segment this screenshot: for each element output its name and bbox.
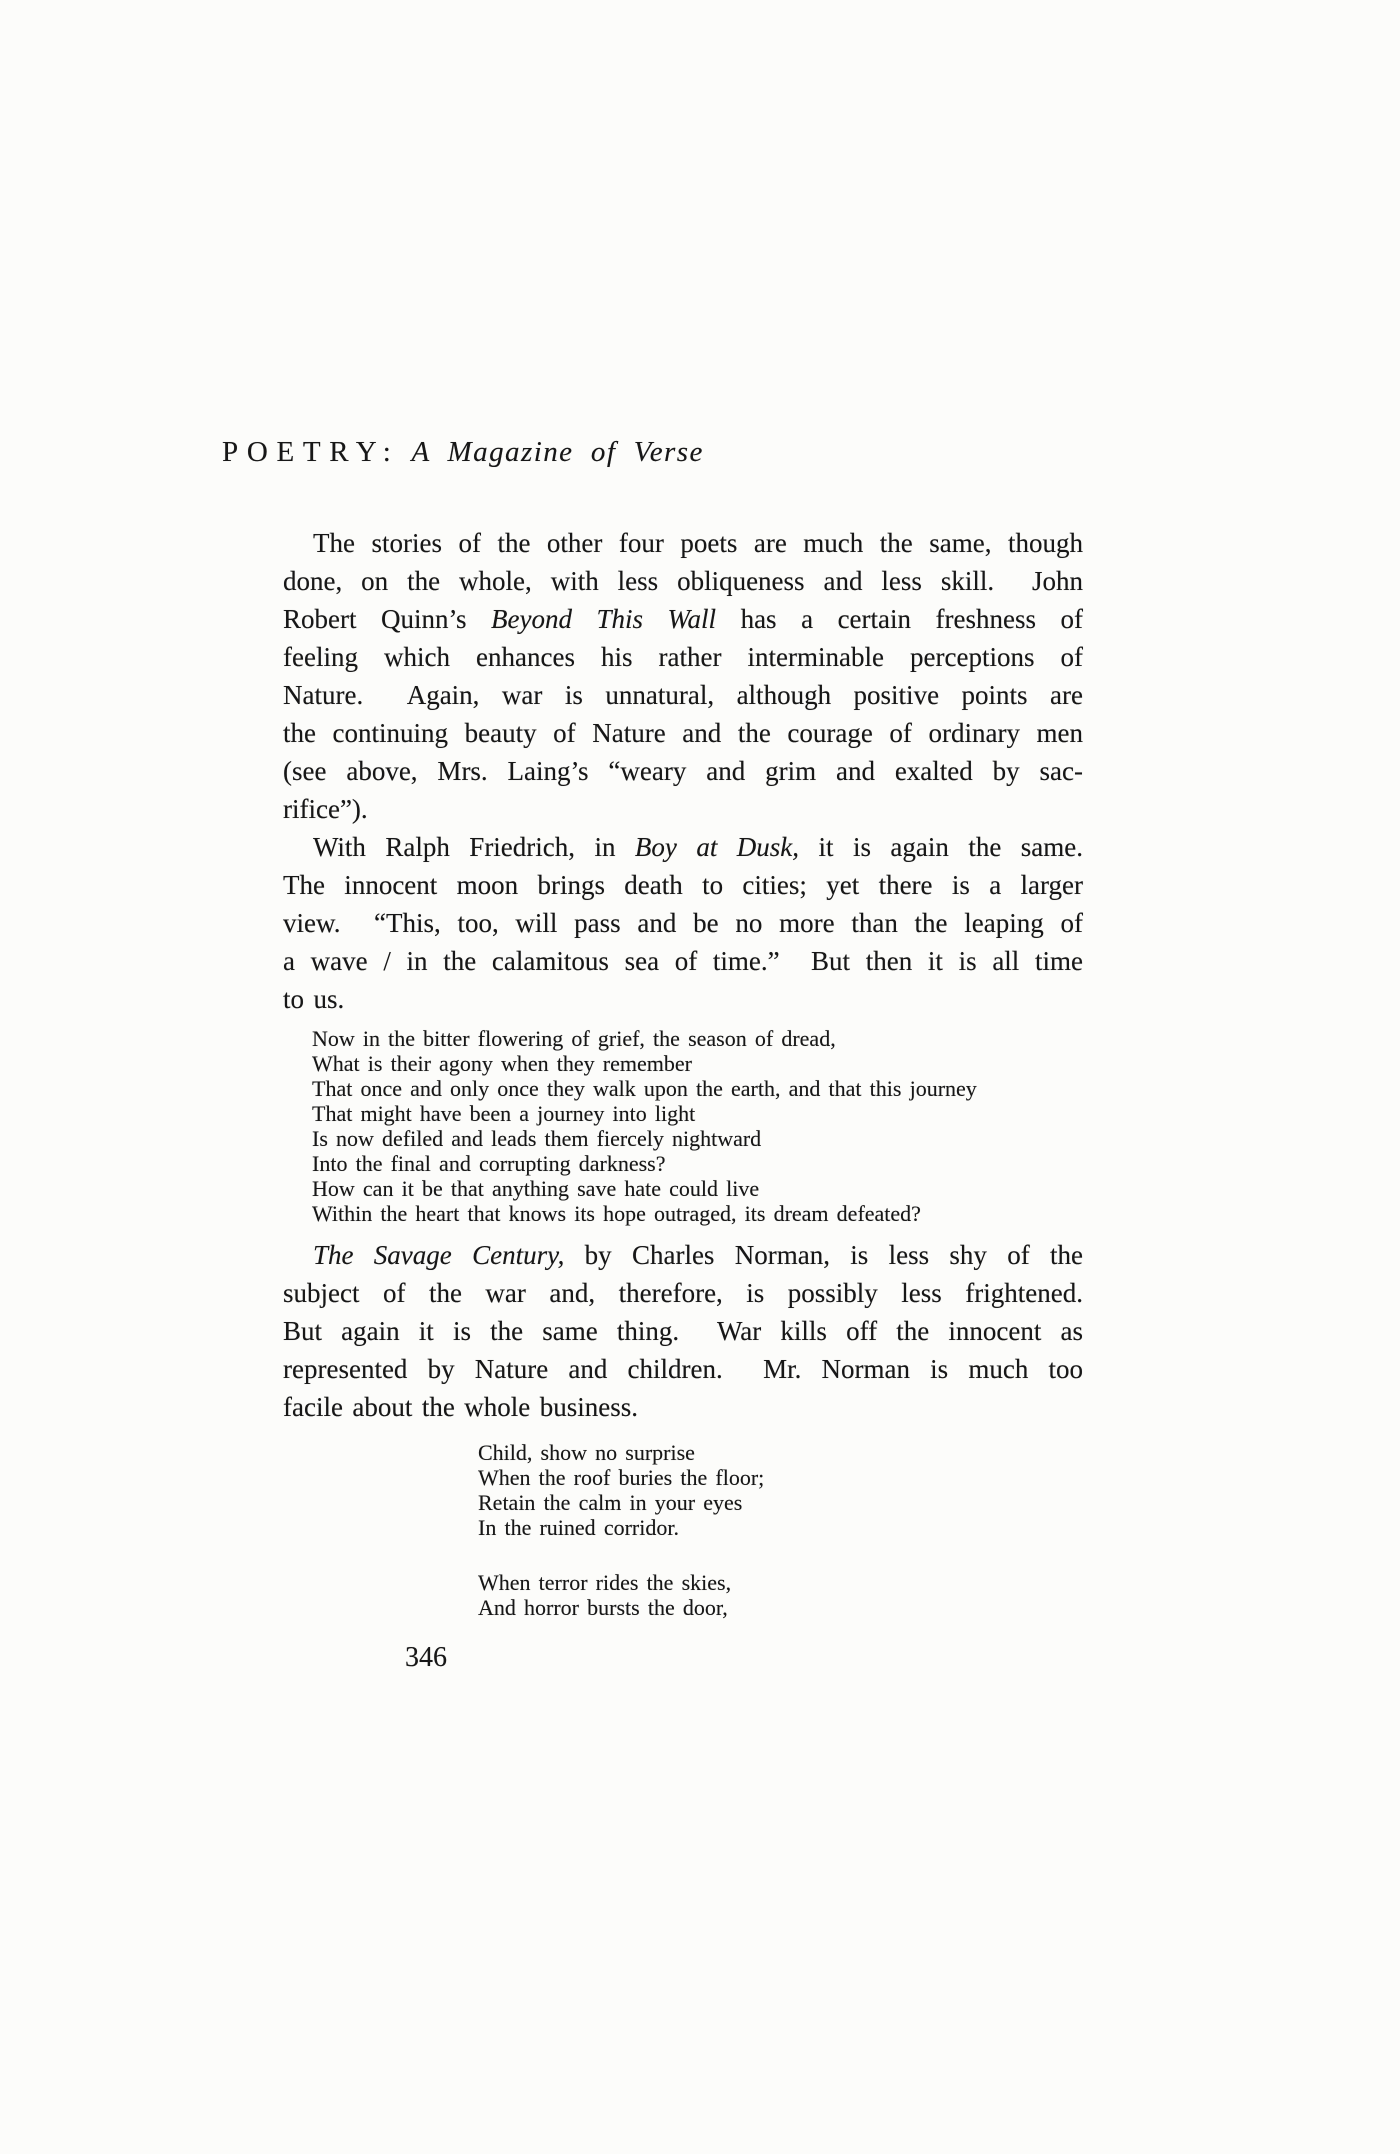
text-line: But again it is the same thing. War kill…	[283, 1312, 1083, 1350]
text-line: represented by Nature and children. Mr. …	[283, 1350, 1083, 1388]
text-line: Nature. Again, war is unnatural, althoug…	[283, 676, 1083, 714]
book-title-boy-at-dusk: Boy at Dusk,	[635, 832, 799, 862]
text-line: rifice”).	[283, 790, 1083, 828]
page-header: POETRY:A Magazine of Verse	[222, 436, 704, 469]
poem-line: That might have been a journey into ligh…	[312, 1101, 1083, 1126]
poem-line: Into the final and corrupting darkness?	[312, 1151, 1083, 1176]
poem-line: How can it be that anything save hate co…	[312, 1176, 1083, 1201]
text-line: feeling which enhances his rather interm…	[283, 638, 1083, 676]
poem-line: When terror rides the skies,	[478, 1570, 1083, 1595]
text-line: done, on the whole, with less obliquenes…	[283, 562, 1083, 600]
text-line: to us.	[283, 980, 1083, 1018]
poem-line: Now in the bitter flowering of grief, th…	[312, 1026, 1083, 1051]
poem-line: Is now defiled and leads them fiercely n…	[312, 1126, 1083, 1151]
text-line: Robert Quinn’s Beyond This Wall has a ce…	[283, 600, 1083, 638]
poem-quote-2: Child, show no surprise When the roof bu…	[478, 1440, 1083, 1620]
review-paragraph-3: The Savage Century, by Charles Norman, i…	[283, 1236, 1083, 1426]
text-line: the continuing beauty of Nature and the …	[283, 714, 1083, 752]
poem-quote-1: Now in the bitter flowering of grief, th…	[312, 1026, 1083, 1226]
poem-line: Retain the calm in your eyes	[478, 1490, 1083, 1515]
poem-stanza: Child, show no surprise When the roof bu…	[478, 1440, 1083, 1540]
review-paragraph-1: The stories of the other four poets are …	[283, 524, 1083, 828]
text-segment: it is again the same.	[799, 832, 1083, 862]
poem-line: In the ruined corridor.	[478, 1515, 1083, 1540]
page-number: 346	[405, 1642, 447, 1674]
poem-line: What is their agony when they remember	[312, 1051, 1083, 1076]
book-title-beyond-this-wall: Beyond This Wall	[491, 604, 716, 634]
text-line: view. “This, too, will pass and be no mo…	[283, 904, 1083, 942]
book-title-savage-century: The Savage Century,	[313, 1240, 564, 1270]
poem-line: That once and only once they walk upon t…	[312, 1076, 1083, 1101]
text-line: The stories of the other four poets are …	[283, 524, 1083, 562]
text-segment: has a certain freshness of	[716, 604, 1083, 634]
magazine-title: POETRY:	[222, 436, 399, 468]
poem-line: Child, show no surprise	[478, 1440, 1083, 1465]
text-line: a wave / in the calamitous sea of time.”…	[283, 942, 1083, 980]
text-line: The innocent moon brings death to cities…	[283, 866, 1083, 904]
text-line: facile about the whole business.	[283, 1388, 1083, 1426]
book-page: POETRY:A Magazine of Verse The stories o…	[0, 0, 1400, 2154]
poem-line: Within the heart that knows its hope out…	[312, 1201, 1083, 1226]
poem-line: When the roof buries the floor;	[478, 1465, 1083, 1490]
text-line: subject of the war and, therefore, is po…	[283, 1274, 1083, 1312]
text-segment: Robert Quinn’s	[283, 604, 491, 634]
page-content: The stories of the other four poets are …	[283, 524, 1083, 1630]
review-paragraph-2: With Ralph Friedrich, in Boy at Dusk, it…	[283, 828, 1083, 1018]
poem-stanza: When terror rides the skies, And horror …	[478, 1570, 1083, 1620]
text-segment: by Charles Norman, is less shy of the	[564, 1240, 1083, 1270]
text-line: (see above, Mrs. Laing’s “weary and grim…	[283, 752, 1083, 790]
text-segment: With Ralph Friedrich, in	[313, 832, 635, 862]
poem-line: And horror bursts the door,	[478, 1595, 1083, 1620]
text-line: The Savage Century, by Charles Norman, i…	[283, 1236, 1083, 1274]
magazine-subtitle: A Magazine of Verse	[411, 436, 703, 468]
text-line: With Ralph Friedrich, in Boy at Dusk, it…	[283, 828, 1083, 866]
